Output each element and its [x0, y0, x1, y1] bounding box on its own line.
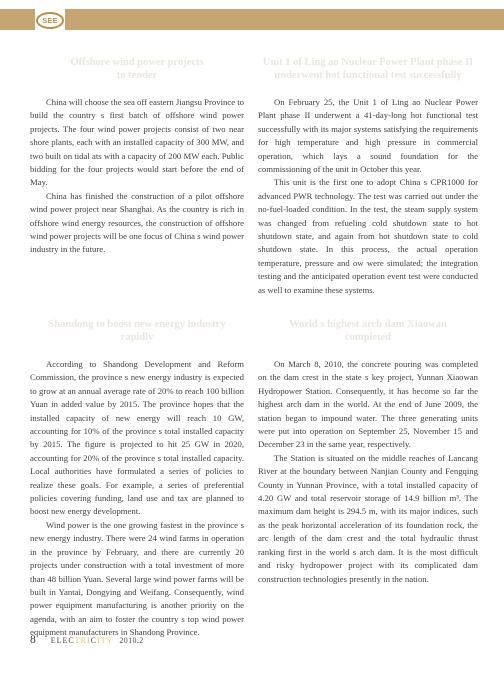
article-lingao-nuclear: Unit 1 of Ling ao Nuclear Power Plant ph…: [258, 56, 478, 297]
logo-text: SEE: [42, 16, 58, 25]
article-lingao-headline: Unit 1 of Ling ao Nuclear Power Plant ph…: [258, 56, 478, 82]
brand-segment: ELEC: [51, 636, 75, 645]
brand-segment: ITY: [97, 636, 113, 645]
article-shandong-energy: Shandong to boost new energy industry ra…: [30, 318, 244, 640]
top-gold-band: [0, 9, 504, 30]
article-paragraph: According to Shandong Development and Re…: [30, 358, 244, 519]
article-shandong-headline: Shandong to boost new energy industry ra…: [30, 318, 244, 344]
brand-segment: TRI: [75, 636, 91, 645]
article-paragraph: Wind power is the one growing fastest in…: [30, 519, 244, 640]
headline-line: Shandong to boost new energy industry: [30, 318, 244, 331]
headline-line: Offshore wind power projects: [30, 56, 244, 69]
see-logo-icon: SEE: [36, 12, 64, 29]
article-paragraph: China will choose the sea off eastern Ji…: [30, 96, 244, 190]
issue-number: 2010.2: [119, 636, 143, 645]
article-paragraph: China has finished the construction of a…: [30, 190, 244, 257]
article-paragraph: This unit is the first one to adopt Chin…: [258, 176, 478, 297]
article-xiaowan-dam: World s highest arch dam Xiaowan complet…: [258, 318, 478, 586]
headline-line: rapidly: [30, 331, 244, 344]
magazine-brand: ELECTRICITY: [51, 636, 114, 645]
page-footer: 8 ELECTRICITY 2010.2: [30, 634, 144, 646]
page-number: 8: [30, 634, 36, 646]
article-xiaowan-headline: World s highest arch dam Xiaowan complet…: [258, 318, 478, 344]
headline-line: World s highest arch dam Xiaowan: [258, 318, 478, 331]
article-offshore-wind: Offshore wind power projects to tender C…: [30, 56, 244, 257]
headline-line: underwent hot functional test successful…: [258, 69, 478, 82]
article-offshore-wind-headline: Offshore wind power projects to tender: [30, 56, 244, 82]
article-paragraph: On February 25, the Unit 1 of Ling ao Nu…: [258, 96, 478, 176]
headline-line: Unit 1 of Ling ao Nuclear Power Plant ph…: [258, 56, 478, 69]
headline-line: completed: [258, 331, 478, 344]
article-paragraph: On March 8, 2010, the concrete pouring w…: [258, 358, 478, 452]
article-paragraph: The Station is situated on the middle re…: [258, 452, 478, 586]
magazine-page: SEE Offshore wind power projects to tend…: [0, 0, 504, 685]
logo-box: SEE: [35, 0, 65, 33]
headline-line: to tender: [30, 69, 244, 82]
